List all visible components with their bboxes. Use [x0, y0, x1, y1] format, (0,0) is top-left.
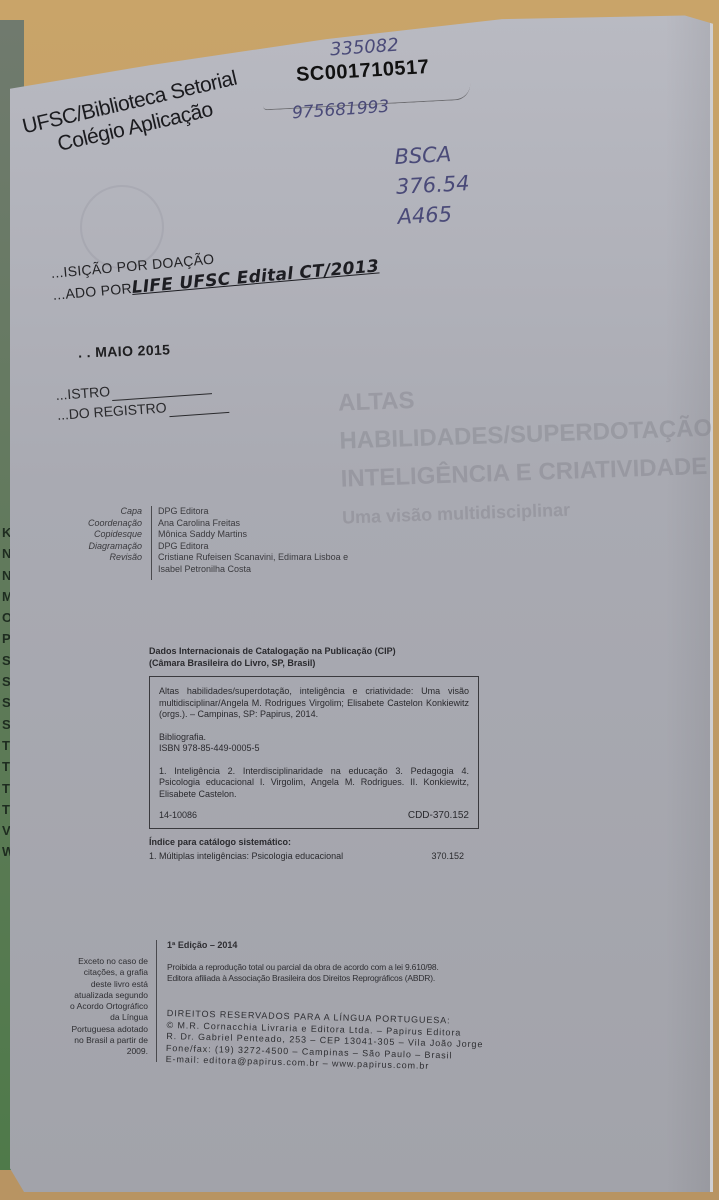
registry-label: ...ISTRO	[55, 383, 110, 403]
credit-role: Capa	[70, 506, 142, 518]
credit-name: Cristiane Rufeisen Scanavini, Edimara Li…	[158, 552, 458, 564]
call-number-class: 376.54	[395, 168, 470, 202]
index-value: 370.152	[431, 851, 464, 861]
credit-role: Revisão	[70, 552, 142, 564]
cip-record-box: Altas habilidades/superdotação, inteligê…	[149, 676, 479, 829]
index-heading: Índice para catálogo sistemático:	[149, 837, 479, 847]
credit-name: DPG Editora	[158, 541, 458, 553]
credits-divider	[151, 506, 152, 580]
cip-catalog-block: Dados Internacionais de Catalogação na P…	[149, 645, 479, 861]
cip-subjects: 1. Inteligência 2. Interdisciplinaridade…	[159, 766, 469, 801]
cip-heading: Dados Internacionais de Catalogação na P…	[149, 645, 479, 657]
cip-cdd: CDD-370.152	[408, 810, 469, 822]
abdr-notice: Editora afiliada à Associação Brasileira…	[167, 973, 497, 984]
systematic-index: Índice para catálogo sistemático: 1. Múl…	[149, 837, 479, 861]
rights-statement: DIREITOS RESERVADOS PARA A LÍNGUA PORTUG…	[165, 1008, 496, 1074]
cip-bibliography: Bibliografia.	[159, 732, 469, 744]
orthography-note: Exceto no caso de citações, a grafia des…	[70, 956, 148, 1058]
credit-role: Coordenação	[70, 518, 142, 530]
cip-control-number: 14-10086	[159, 810, 197, 822]
index-entry: 1. Múltiplas inteligências: Psicologia e…	[149, 851, 343, 861]
credit-name: Mônica Saddy Martins	[158, 529, 458, 541]
date-stamp: . . MAIO 2015	[78, 341, 171, 360]
page-shadow	[665, 12, 710, 1192]
edition-label: 1ª Edição – 2014	[167, 940, 497, 950]
cip-isbn: ISBN 978-85-449-0005-5	[159, 743, 469, 755]
cip-subheading: (Câmara Brasileira do Livro, SP, Brasil)	[149, 657, 479, 669]
credit-name: Ana Carolina Freitas	[158, 518, 458, 530]
credit-role: Diagramação	[70, 541, 142, 553]
reproduction-notice: Proibida a reprodução total ou parcial d…	[167, 962, 497, 973]
credit-name: Isabel Petronilha Costa	[158, 564, 458, 576]
call-number-cutter: A465	[397, 198, 472, 232]
ghost-line: ALTAS HABILIDADES/SUPERDOTAÇÃO	[337, 371, 718, 460]
cip-entry: Altas habilidades/superdotação, inteligê…	[159, 686, 469, 721]
call-number: BSCA 376.54 A465	[394, 138, 472, 232]
edition-divider	[156, 940, 157, 1062]
credit-name: DPG Editora	[158, 506, 458, 518]
credit-role: Copidesque	[70, 529, 142, 541]
call-number-collection: BSCA	[394, 138, 469, 172]
donated-by-label: ...ADO POR	[52, 280, 132, 303]
